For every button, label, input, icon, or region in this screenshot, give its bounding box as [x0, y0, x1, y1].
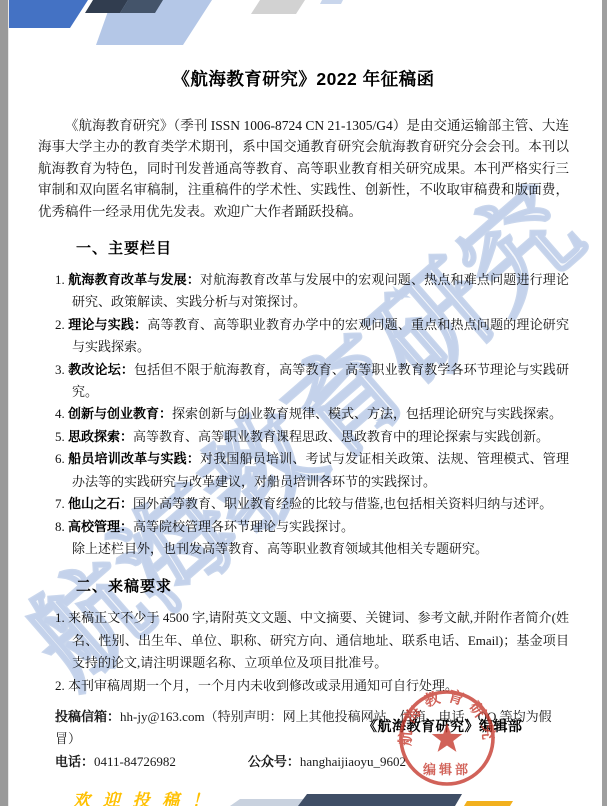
item-number: 4. [55, 406, 65, 421]
list-item: 7. 他山之石：国外高等教育、职业教育经验的比较与借鉴,也包括相关资料归纳与述评… [38, 493, 569, 515]
wechat-value: hanghaijiaoyu_9602 [300, 754, 406, 769]
bottom-orange-parallelogram [464, 801, 513, 806]
section2-items: 1. 来稿正文不少于 4500 字,请附英文文题、中文摘要、关键词、参考文献,并… [38, 607, 569, 697]
star-icon [432, 723, 462, 752]
item-label: 他山之石： [68, 496, 133, 511]
document-page: 航海教育研究 《航海教育研究》2022 年征稿函 《航海教育研究》（季刊 ISS… [0, 0, 607, 806]
page-left-edge [0, 0, 9, 806]
phone-label: 电话： [55, 754, 94, 769]
item-label: 船员培训改革与实践： [68, 451, 200, 466]
page-right-edge [602, 0, 607, 806]
item-text: 高等教育、高等职业教育办学中的宏观问题、重点和热点问题的理论研究与实践探索。 [72, 317, 569, 354]
item-number: 5. [55, 429, 65, 444]
item-number: 6. [55, 451, 65, 466]
wechat-label: 公众号： [248, 754, 300, 769]
list-item: 5. 思政探索：高等教育、高等职业教育课程思政、思政教育中的理论探索与实践创新。 [38, 426, 569, 448]
section1-note: 除上述栏目外，也刊发高等教育、高等职业教育领域其他相关专题研究。 [38, 538, 569, 560]
item-label: 教改论坛： [68, 362, 134, 377]
item-number: 3. [55, 362, 65, 377]
email-value: hh-jy@163.com [120, 709, 205, 724]
item-text: 包括但不限于航海教育，高等教育、高等职业教育教学各环节理论与实践研究。 [72, 362, 569, 399]
list-item: 3. 教改论坛：包括但不限于航海教育，高等教育、高等职业教育教学各环节理论与实践… [38, 359, 569, 404]
item-number: 1. [55, 272, 65, 287]
bottom-navy-parallelogram [298, 794, 462, 806]
item-number: 7. [55, 496, 65, 511]
item-label: 航海教育改革与发展： [68, 272, 200, 287]
item-text: 高等教育、高等职业教育课程思政、思政教育中的理论探索与实践创新。 [133, 429, 549, 444]
list-item: 8. 高校管理：高等院校管理各环节理论与实践探讨。 [38, 516, 569, 538]
document-title: 《航海教育研究》2022 年征稿函 [38, 66, 569, 91]
item-text: 探索创新与创业教育规律、模式、方法，包括理论研究与实践探索。 [172, 406, 562, 421]
email-label: 投稿信箱： [55, 709, 120, 724]
section1-heading: 一、主要栏目 [76, 237, 569, 258]
list-item: 2. 理论与实践：高等教育、高等职业教育办学中的宏观问题、重点和热点问题的理论研… [38, 314, 569, 359]
item-text: 来稿正文不少于 4500 字,请附英文文题、中文摘要、关键词、参考文献,并附作者… [68, 610, 569, 670]
item-number: 2. [55, 317, 65, 332]
document-content: 《航海教育研究》2022 年征稿函 《航海教育研究》（季刊 ISSN 1006-… [0, 0, 607, 773]
item-label: 高校管理： [68, 519, 133, 534]
intro-paragraph: 《航海教育研究》（季刊 ISSN 1006-8724 CN 21-1305/G4… [38, 115, 569, 222]
list-item: 1. 航海教育改革与发展：对航海教育改革与发展中的宏观问题、热点和难点问题进行理… [38, 269, 569, 314]
item-number: 2. [55, 678, 65, 693]
phone-value: 0411-84726982 [94, 754, 176, 769]
item-label: 理论与实践： [68, 317, 147, 332]
list-item: 4. 创新与创业教育：探索创新与创业教育规律、模式、方法，包括理论研究与实践探索… [38, 403, 569, 425]
section2-heading: 二、来稿要求 [76, 575, 569, 596]
list-item: 1. 来稿正文不少于 4500 字,请附英文文题、中文摘要、关键词、参考文献,并… [38, 607, 569, 674]
editorial-seal: 航海教育研究 编辑部 [397, 688, 497, 788]
item-label: 创新与创业教育： [68, 406, 172, 421]
item-text: 高等院校管理各环节理论与实践探讨。 [133, 519, 354, 534]
list-item: 6. 船员培训改革与实践：对我国船员培训、考试与发证相关政策、法规、管理模式、管… [38, 448, 569, 493]
seal-bottom-text: 编辑部 [423, 762, 471, 777]
section1-items: 1. 航海教育改革与发展：对航海教育改革与发展中的宏观问题、热点和难点问题进行理… [38, 269, 569, 560]
item-number: 1. [55, 610, 65, 625]
item-number: 8. [55, 519, 65, 534]
item-text: 国外高等教育、职业教育经验的比较与借鉴,也包括相关资料归纳与述评。 [133, 496, 552, 511]
welcome-slogan: 欢 迎 投 稿 ！ [73, 786, 213, 806]
item-label: 思政探索： [68, 429, 133, 444]
